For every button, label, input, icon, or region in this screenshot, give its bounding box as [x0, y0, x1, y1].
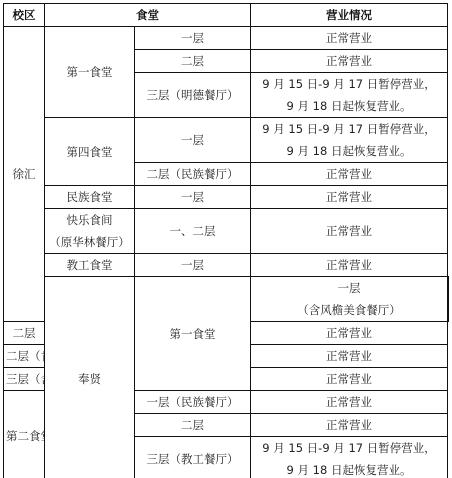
floor-cell: 二层 [135, 50, 251, 73]
floor-cell: 一层（民族餐厅） [135, 391, 251, 414]
table-row: 民族食堂 一层 正常营业 [4, 186, 449, 209]
status-text: 正常营业 [253, 50, 445, 72]
status-text: 9 月 15 日-9 月 17 日暂停营业， [253, 437, 445, 459]
floor-label: 一层（民族餐厅） [137, 391, 248, 413]
status-text: 正常营业 [253, 254, 445, 276]
canteen-name: 第二食堂 [6, 425, 42, 447]
table-row: 第四食堂 一层 9 月 15 日-9 月 17 日暂停营业， 9 月 18 日起… [4, 118, 449, 163]
floor-label: 一层 [253, 277, 445, 299]
floor-cell: 一层 [135, 118, 251, 163]
canteen-name: 教工食堂 [47, 254, 132, 276]
status-text: 9 月 18 日起恢复营业。 [253, 140, 445, 162]
canteen-name: 第一食堂 [47, 61, 132, 83]
floor-cell: 二层（民族餐厅） [135, 163, 251, 186]
status-text: 正常营业 [253, 322, 445, 344]
canteen-name: 快乐食间 [47, 209, 132, 231]
floor-cell: 二层 [135, 414, 251, 437]
status-cell: 正常营业 [251, 345, 448, 368]
status-text: 9 月 15 日-9 月 17 日暂停营业， [253, 73, 445, 95]
floor-label: 二层（肯德基） [6, 345, 42, 367]
floor-label: 二层 [137, 414, 248, 436]
canteen-name: 第一食堂 [137, 323, 248, 345]
status-cell: 正常营业 [251, 163, 448, 186]
canteen-name-note: （原华林餐厅） [47, 231, 132, 253]
status-text: 正常营业 [253, 220, 445, 242]
status-cell: 正常营业 [251, 414, 448, 437]
floor-label: 三层（教工餐厅） [137, 448, 248, 470]
canteen-name-cell: 第四食堂 [45, 118, 135, 186]
status-cell: 正常营业 [251, 209, 448, 254]
floor-cell: 三层（明德餐厅） [135, 73, 251, 118]
table-row: 快乐食间 （原华林餐厅） 一、二层 正常营业 [4, 209, 449, 254]
floor-label: 二层 [137, 50, 248, 72]
floor-cell: 二层 [4, 322, 45, 345]
floor-label: 一层 [137, 129, 248, 151]
status-text: 正常营业 [253, 27, 445, 49]
floor-cell: 一层 [135, 27, 251, 50]
floor-label: 一层 [137, 254, 248, 276]
floor-label: 三层（明德餐厅） [137, 84, 248, 106]
floor-label: 二层（民族餐厅） [137, 163, 248, 185]
floor-label: 二层 [6, 322, 42, 344]
canteen-name-cell: 第二食堂 [4, 391, 45, 478]
floor-cell: 一层 [135, 186, 251, 209]
floor-cell: 一层 [135, 254, 251, 277]
status-cell: 正常营业 [251, 368, 448, 391]
floor-cell: 三层（教工餐厅） [135, 437, 251, 478]
status-cell: 正常营业 [251, 322, 448, 345]
canteen-name-cell: 第一食堂 [45, 27, 135, 118]
table-row: 教工食堂 一层 正常营业 [4, 254, 449, 277]
floor-cell: 三层（含自选餐厅） [4, 368, 45, 391]
floor-cell: 一、二层 [135, 209, 251, 254]
status-text: 9 月 15 日-9 月 17 日暂停营业， [253, 118, 445, 140]
status-text: 正常营业 [253, 391, 445, 413]
floor-label: 一、二层 [137, 220, 248, 242]
status-cell: 正常营业 [448, 277, 449, 322]
canteen-name-cell: 民族食堂 [45, 186, 135, 209]
floor-note: （含风檐美食餐厅） [253, 299, 445, 321]
floor-cell: 二层（肯德基） [4, 345, 45, 368]
status-text: 9 月 18 日起恢复营业。 [253, 459, 445, 478]
status-cell: 正常营业 [251, 254, 448, 277]
status-cell: 9 月 15 日-9 月 17 日暂停营业， 9 月 18 日起恢复营业。 [251, 437, 448, 478]
header-campus: 校区 [4, 4, 45, 27]
status-text: 正常营业 [253, 163, 445, 185]
canteen-name: 第四食堂 [47, 141, 132, 163]
status-cell: 正常营业 [251, 186, 448, 209]
header-canteen: 食堂 [45, 4, 251, 27]
campus-cell: 徐汇 [4, 27, 45, 322]
floor-label: 三层（含自选餐厅） [6, 368, 42, 390]
canteen-name-cell: 快乐食间 （原华林餐厅） [45, 209, 135, 254]
canteen-status-table: 校区 食堂 营业情况 徐汇 第一食堂 一层 正常营业 二层 正常营业 三层（明德… [3, 3, 449, 478]
canteen-name-cell: 教工食堂 [45, 254, 135, 277]
floor-label: 一层 [137, 27, 248, 49]
status-cell: 正常营业 [251, 27, 448, 50]
status-text: 正常营业 [253, 186, 445, 208]
canteen-name: 民族食堂 [47, 186, 132, 208]
status-cell: 正常营业 [251, 391, 448, 414]
status-text: 正常营业 [253, 414, 445, 436]
table-row: 奉贤 第一食堂 一层 （含风檐美食餐厅） 正常营业 [4, 277, 449, 322]
status-cell: 正常营业 [251, 50, 448, 73]
floor-cell: 一层 （含风檐美食餐厅） [251, 277, 448, 322]
floor-label: 一层 [137, 186, 248, 208]
status-text: 正常营业 [253, 368, 445, 390]
status-cell: 9 月 15 日-9 月 17 日暂停营业， 9 月 18 日起恢复营业。 [251, 73, 448, 118]
status-text: 9 月 18 日起恢复营业。 [253, 95, 445, 117]
header-row: 校区 食堂 营业情况 [4, 4, 449, 27]
table-row: 徐汇 第一食堂 一层 正常营业 [4, 27, 449, 50]
campus-cell: 奉贤 [45, 277, 135, 478]
canteen-name-cell: 第一食堂 [135, 277, 251, 391]
status-text: 正常营业 [253, 345, 445, 367]
header-status: 营业情况 [251, 4, 448, 27]
status-cell: 9 月 15 日-9 月 17 日暂停营业， 9 月 18 日起恢复营业。 [251, 118, 448, 163]
